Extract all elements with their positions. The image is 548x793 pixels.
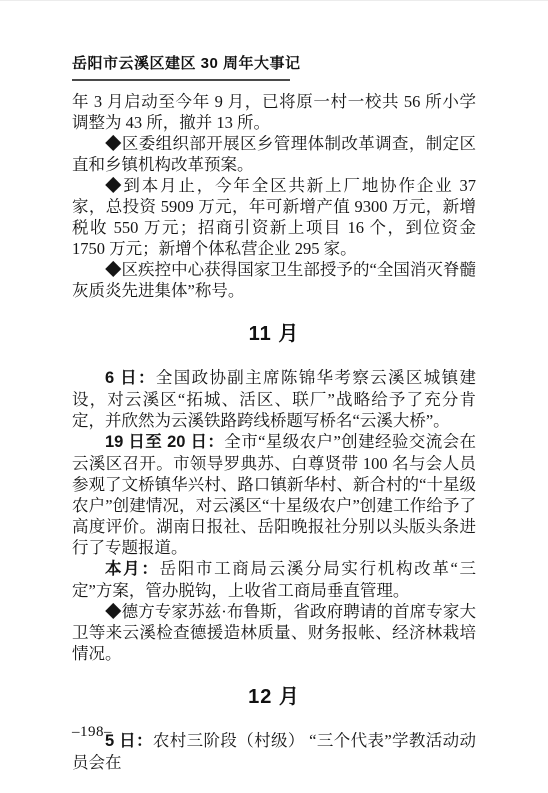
running-header-title: 岳阳市云溪区建区 30 周年大事记	[72, 52, 301, 73]
entry-date-label: 6 日：	[105, 369, 156, 387]
entry-date-label: 本月：	[105, 560, 160, 578]
month-heading-november: 11 月	[72, 321, 476, 347]
bullet-paragraph-org-reform: ◆区委组织部开展区乡管理体制改革调查，制定区直和乡镇机构改革预案。	[72, 133, 476, 175]
document-page: 岳阳市云溪区建区 30 周年大事记 年 3 月启动至今年 9 月，已将原一村一校…	[0, 0, 548, 793]
dated-entry-nov-6: 6 日：全国政协副主席陈锦华考察云溪区城镇建设，对云溪区“拓城、活区、联厂”战略…	[72, 367, 476, 431]
bullet-paragraph-german-experts: ◆德方专家苏兹·布鲁斯，省政府聘请的首席专家大卫等来云溪检查德援造林质量、财务报…	[72, 601, 476, 664]
dated-entry-nov-month: 本月：岳阳市工商局云溪分局实行机构改革“三定”方案，管办脱钩，上收省工商局垂直管…	[72, 558, 476, 601]
bullet-paragraph-enterprises: ◆到本月止，今年全区共新上厂地协作企业 37 家，总投资 5909 万元，年可新…	[72, 175, 476, 259]
dated-entry-nov-19-20: 19 日至 20 日：全市“星级农户”创建经验交流会在云溪区召开。市领导罗典苏、…	[72, 431, 476, 558]
page-body: 年 3 月启动至今年 9 月，已将原一村一校共 56 所小学调整为 43 所，撤…	[72, 91, 476, 773]
entry-date-label: 19 日至 20 日：	[105, 433, 224, 451]
bullet-paragraph-cdc-award: ◆区疾控中心获得国家卫生部授予的“全国消灭脊髓灰质炎先进集体”称号。	[72, 259, 476, 301]
page-number: –198–	[72, 724, 112, 741]
month-heading-december: 12 月	[72, 684, 476, 710]
header-rule	[72, 79, 290, 81]
paragraph-continuation: 年 3 月启动至今年 9 月，已将原一村一校共 56 所小学调整为 43 所，撤…	[72, 91, 476, 133]
entry-date-label: 5 日：	[105, 732, 153, 750]
dated-entry-dec-5: 5 日：农村三阶段（村级） “三个代表”学教活动动员会在	[72, 730, 476, 773]
